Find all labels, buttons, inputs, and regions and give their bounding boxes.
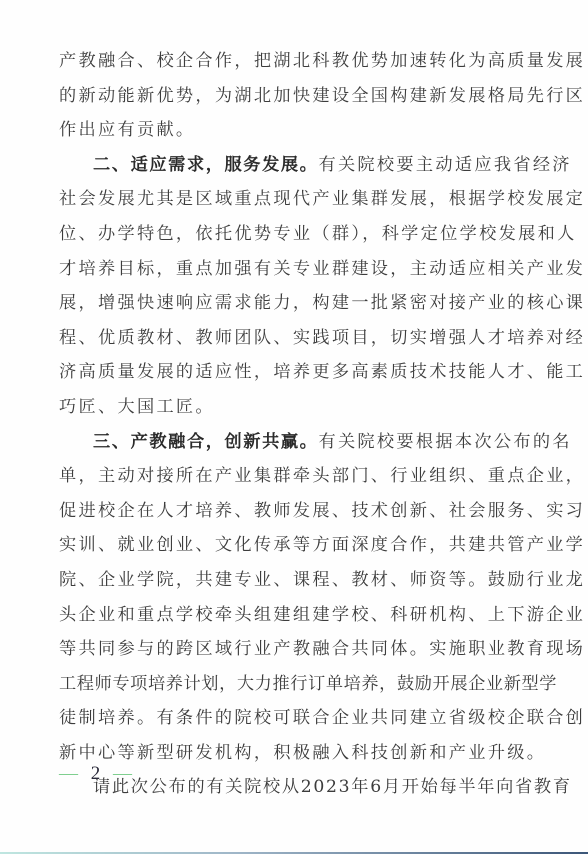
paragraph-line: 位、办学特色，依托优势专业（群），科学定位学校发展和人 [59, 217, 525, 252]
paragraph-line: 产教融合、校企合作，把湖北科教优势加速转化为高质量发展 [59, 44, 525, 79]
paragraph-line: 济高质量发展的适应性，培养更多高素质技术技能人才、能工 [59, 355, 525, 390]
page-number-value: 2 [91, 763, 105, 784]
paragraph-line: 头企业和重点学校牵头组建组建学校、科研机构、上下游企业 [59, 598, 525, 633]
paragraph-line: 等共同参与的跨区域行业产教融合共同体。实施职业教育现场 [59, 632, 525, 667]
paragraph-line: 院、企业学院，共建专业、课程、教材、师资等。鼓励行业龙 [59, 563, 525, 598]
paragraph-line: 作出应有贡献。 [59, 113, 525, 148]
section-3-text: 有关院校要根据本次公布的名 [318, 432, 571, 452]
paragraph-line: 展，增强快速响应需求能力，构建一批紧密对接产业的核心课 [59, 286, 525, 321]
section-3-heading: 三、产教融合，创新共赢。 [93, 432, 318, 452]
paragraph-line: 徒制培养。有条件的院校可联合企业共同建立省级校企联合创 [59, 701, 525, 736]
paragraph-line: 程、优质教材、教师团队、实践项目，切实增强人才培养对经 [59, 321, 525, 356]
paragraph-line: 实训、就业创业、文化传承等方面深度合作，共建共管产业学 [59, 528, 525, 563]
document-body: 产教融合、校企合作，把湖北科教优势加速转化为高质量发展 的新动能新优势，为湖北加… [59, 44, 525, 805]
document-page: 产教融合、校企合作，把湖北科教优势加速转化为高质量发展 的新动能新优势，为湖北加… [0, 0, 588, 854]
paragraph-line: 巧匠、大国工匠。 [59, 390, 525, 425]
paragraph-line: 的新动能新优势，为湖北加快建设全国构建新发展格局先行区 [59, 79, 525, 114]
paragraph-line: 单，主动对接所在产业集群牵头部门、行业组织、重点企业， [59, 459, 525, 494]
page-number-dash-left: — [59, 763, 82, 784]
section-2-first-line: 二、适应需求，服务发展。有关院校要主动适应我省经济 [59, 148, 525, 183]
page-number: — 2 — [59, 763, 136, 785]
section-2-text: 有关院校要主动适应我省经济 [318, 155, 571, 175]
paragraph-line: 促进校企在人才培养、教师发展、技术创新、社会服务、实习 [59, 494, 525, 529]
paragraph-line: 工程师专项培养计划，大力推行订单培养，鼓励开展企业新型学 [59, 667, 525, 702]
paragraph-line: 才培养目标，重点加强有关专业群建设，主动适应相关产业发 [59, 252, 525, 287]
page-number-dash-right: — [113, 763, 136, 784]
section-3-first-line: 三、产教融合，创新共赢。有关院校要根据本次公布的名 [59, 425, 525, 460]
section-2-heading: 二、适应需求，服务发展。 [93, 155, 318, 175]
paragraph-line: 社会发展尤其是区域重点现代产业集群发展，根据学校发展定 [59, 182, 525, 217]
